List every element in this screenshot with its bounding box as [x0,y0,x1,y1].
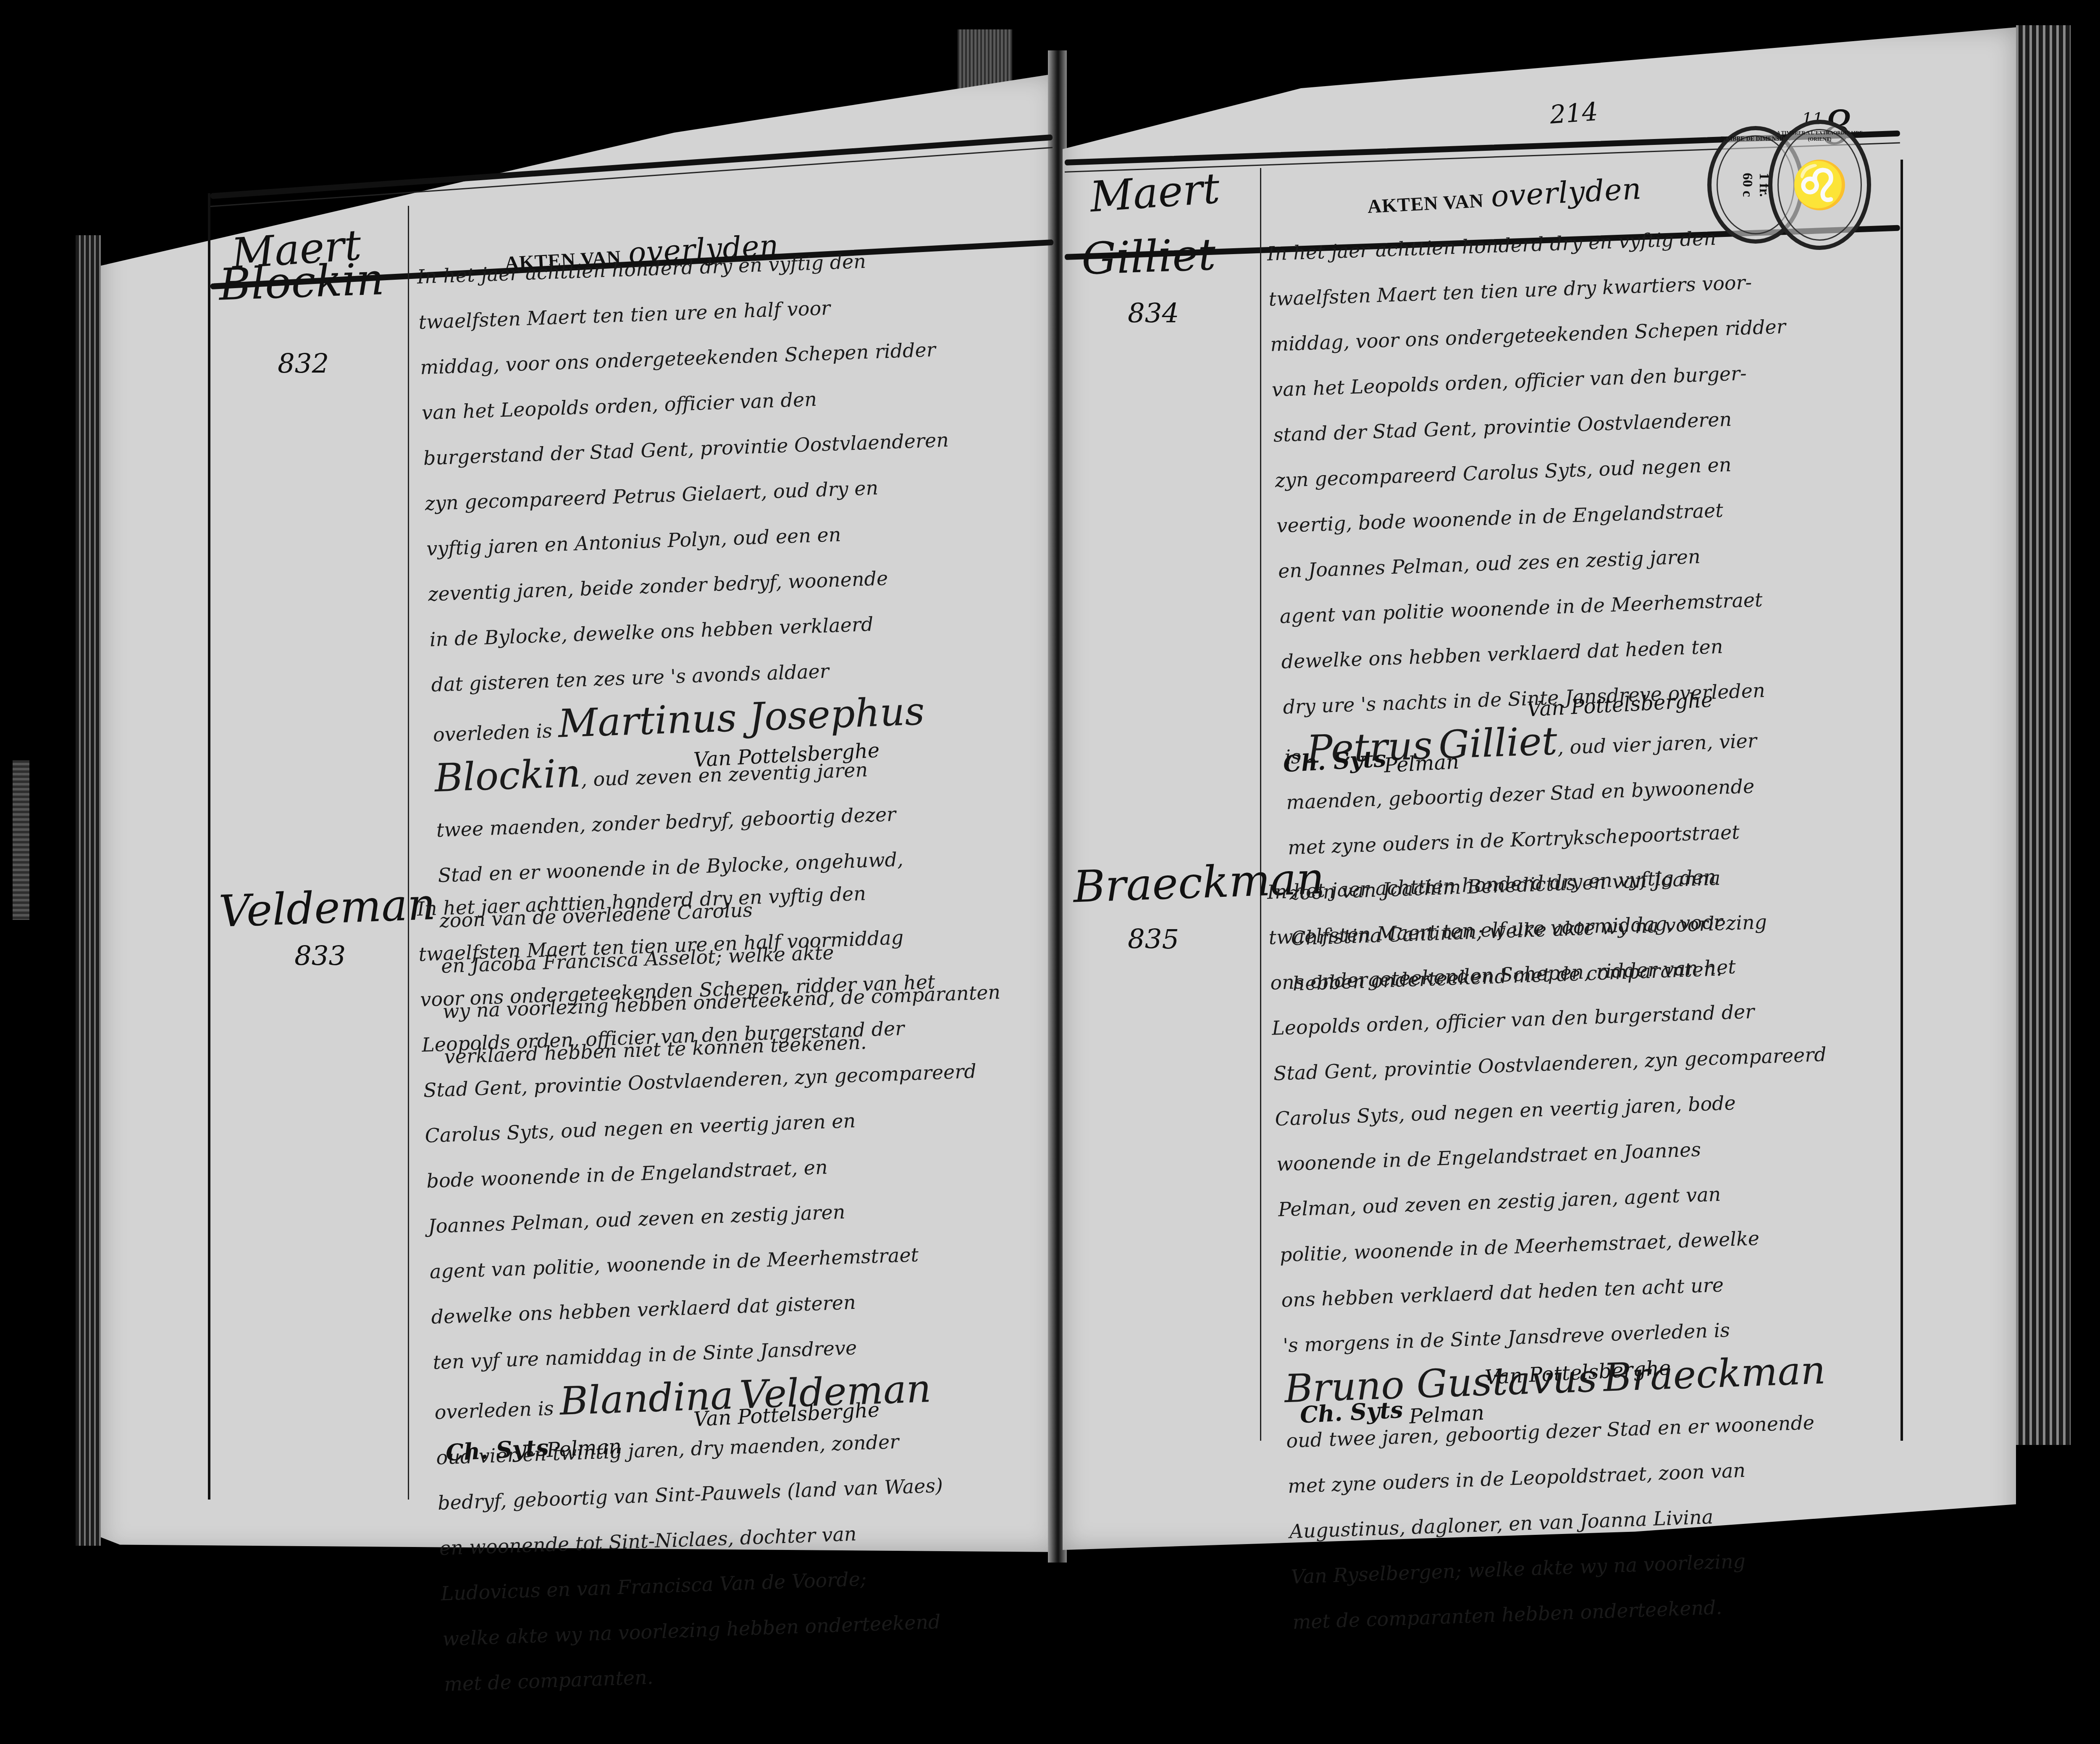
register-title-handwritten: overlyden [1490,171,1643,214]
witness-signature: Ch. Syts [1299,1396,1404,1429]
entry-text: In het jaer achttien honderd dry en vyft… [1266,848,1915,1645]
entry-number: 835 [1128,924,1179,955]
column-divider [408,206,409,1500]
folio-number: 214 [1549,97,1599,130]
book-page-edges-right [2016,25,2071,1445]
entry-number: 834 [1128,298,1179,329]
entry-surname: Gilliet [1081,229,1217,284]
stamp-outer-text: A TIMBRER A L'EXTRAORDINAIRE (ORIENT) [1772,130,1867,142]
entry-surname: Blockin [218,253,385,310]
deceased-surname: Blockin [434,751,582,801]
stamp-value: 1 fr. 60 c [1739,173,1772,197]
entry-number: 832 [278,349,329,380]
book-page-edges-left [76,235,101,1546]
witness-signature: Pelman [1383,750,1460,777]
witness-signature: Pelman [1409,1401,1485,1428]
left-ledger-table: Maert AKTEN VANoverlyden Blockin 832 In … [208,193,1055,1500]
witness-signature: Pelman [546,1434,622,1462]
column-divider [1260,168,1261,1441]
entry-text: In het jaer achttien honderd dry en vyft… [416,864,1074,1707]
entry-number: 833 [294,941,346,972]
witness-signature: Ch. Syts [1282,745,1387,777]
right-ledger-table: Maert AKTEN VANoverlyden Gilliet 834 In … [1065,160,1903,1441]
register-title: AKTEN VANoverlyden [1366,171,1642,220]
witness-signature: Ch. Syts [445,1434,549,1466]
entry-surname: Veldeman [218,878,436,937]
tax-stamp-extraordinaire: A TIMBRER A L'EXTRAORDINAIRE (ORIENT) ♌ [1768,120,1871,250]
register-title-printed: AKTEN VAN [1367,190,1484,217]
month-column-header: Maert [1088,163,1221,221]
scanner-calibration-strip-left [13,760,29,920]
